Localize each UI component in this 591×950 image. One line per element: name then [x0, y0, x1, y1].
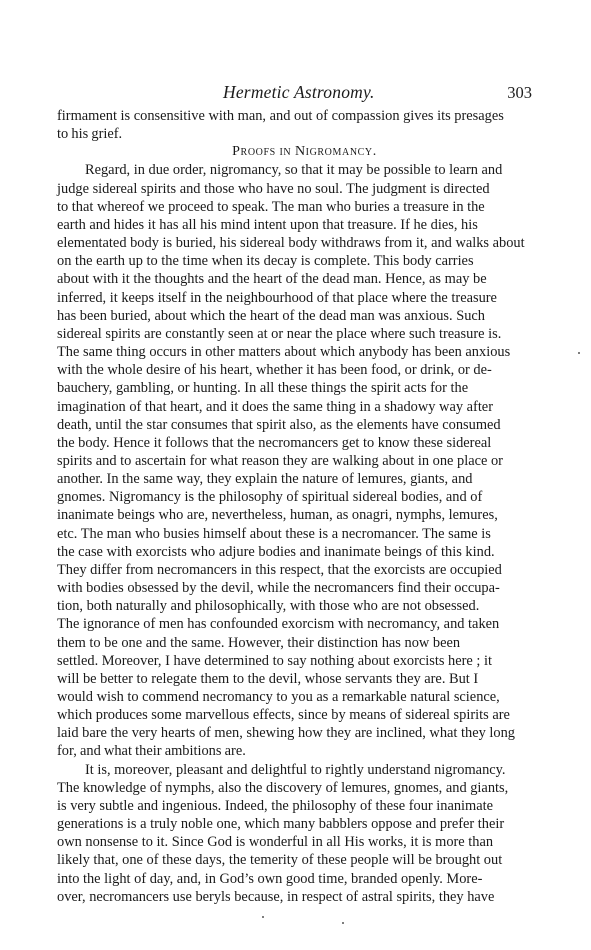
text-line: inanimate beings who are, nevertheless, … — [57, 506, 532, 524]
text-line: judge sidereal spirits and those who hav… — [57, 180, 532, 198]
text-line: to that whereof we proceed to speak. The… — [57, 198, 532, 216]
text-line: They differ from necromancers in this re… — [57, 561, 532, 579]
text-line: with the whole desire of his heart, whet… — [57, 361, 532, 379]
text-line: which produces some marvellous effects, … — [57, 706, 532, 724]
text-line: the case with exorcists who adjure bodie… — [57, 543, 532, 561]
scan-speck — [262, 916, 264, 918]
scan-speck — [342, 922, 344, 924]
text-line: The knowledge of nymphs, also the discov… — [57, 779, 532, 797]
text-line: will be better to relegate them to the d… — [57, 670, 532, 688]
text-line: Regard, in due order, nigromancy, so tha… — [57, 161, 532, 179]
text-line: on the earth up to the time when its dec… — [57, 252, 532, 270]
text-line: sidereal spirits are constantly seen at … — [57, 325, 532, 343]
section-heading: Proofs in Nigromancy. — [57, 143, 532, 161]
text-line: elementated body is buried, his sidereal… — [57, 234, 532, 252]
running-title: Hermetic Astronomy. — [223, 82, 375, 103]
text-line: generations is a truly noble one, which … — [57, 815, 532, 833]
text-line: to his grief. — [57, 125, 532, 143]
text-line: own nonsense to it. Since God is wonderf… — [57, 833, 532, 851]
text-line: over, necromancers use beryls because, i… — [57, 888, 532, 906]
text-line: the body. Hence it follows that the necr… — [57, 434, 532, 452]
running-head: Hermetic Astronomy. 303 — [57, 82, 532, 106]
text-line: spirits and to ascertain for what reason… — [57, 452, 532, 470]
text-line: likely that, one of these days, the teme… — [57, 851, 532, 869]
text-line: inferred, it keeps itself in the neighbo… — [57, 289, 532, 307]
text-line: laid bare the very hearts of men, shewin… — [57, 724, 532, 742]
text-line: bauchery, gambling, or hunting. In all t… — [57, 379, 532, 397]
text-line: imagination of that heart, and it does t… — [57, 398, 532, 416]
text-line: another. In the same way, they explain t… — [57, 470, 532, 488]
text-line: earth and hides it has all his mind inte… — [57, 216, 532, 234]
text-line: is very subtle and ingenious. Indeed, th… — [57, 797, 532, 815]
text-line: about with it the thoughts and the heart… — [57, 270, 532, 288]
text-line: for, and what their ambitions are. — [57, 742, 532, 760]
text-line: them to be one and the same. However, th… — [57, 634, 532, 652]
text-line: firmament is consensitive with man, and … — [57, 107, 532, 125]
text-line: tion, both naturally and philosophically… — [57, 597, 532, 615]
text-line: The ignorance of men has confounded exor… — [57, 615, 532, 633]
text-line: has been buried, about which the heart o… — [57, 307, 532, 325]
text-line: into the light of day, and, in God’s own… — [57, 870, 532, 888]
text-line: It is, moreover, pleasant and delightful… — [57, 761, 532, 779]
text-line: death, until the star consumes that spir… — [57, 416, 532, 434]
text-line: with bodies obsessed by the devil, while… — [57, 579, 532, 597]
text-line: etc. The man who busies himself about th… — [57, 525, 532, 543]
page-number: 303 — [507, 83, 532, 103]
body-text: firmament is consensitive with man, and … — [57, 107, 532, 906]
text-line: gnomes. Nigromancy is the philosophy of … — [57, 488, 532, 506]
text-line: The same thing occurs in other matters a… — [57, 343, 532, 361]
text-line: would wish to commend necromancy to you … — [57, 688, 532, 706]
scan-speck — [578, 352, 580, 354]
book-page: Hermetic Astronomy. 303 firmament is con… — [0, 0, 591, 950]
text-line: settled. Moreover, I have determined to … — [57, 652, 532, 670]
